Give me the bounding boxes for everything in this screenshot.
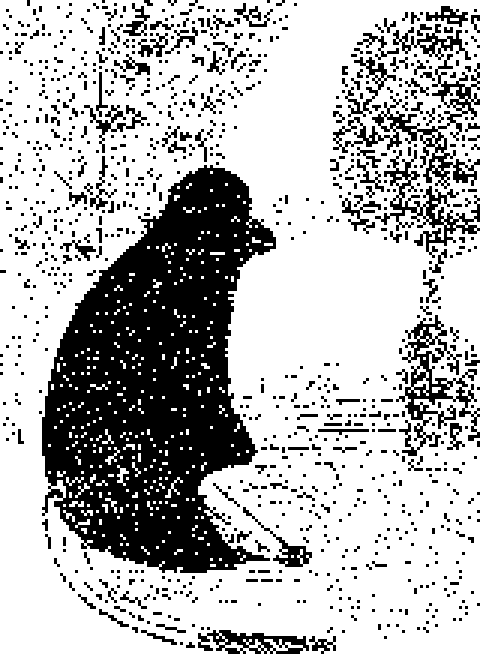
monkey-illustration-canvas [0,0,480,666]
illustration-page: Black-and-white 1-bit dithered engraving… [0,0,480,666]
monkey-engraving-figure: Black-and-white 1-bit dithered engraving… [0,0,480,666]
